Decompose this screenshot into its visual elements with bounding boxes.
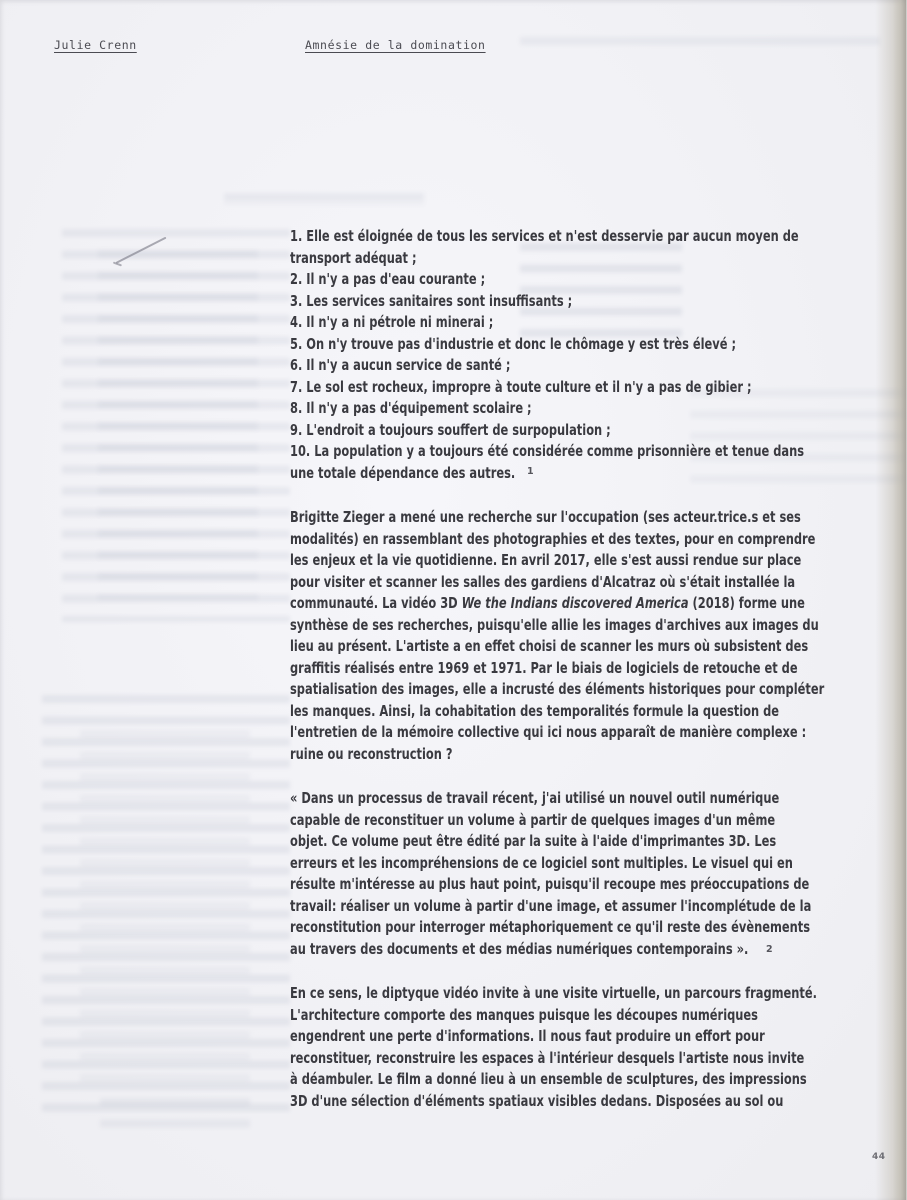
footnote-marker-1: 1 xyxy=(527,466,534,477)
footnote-marker-2: 2 xyxy=(766,944,773,955)
running-header-author: Julie Crenn xyxy=(54,38,137,52)
bleed-through-bottom xyxy=(100,1098,250,1128)
bleed-through-lower-left xyxy=(42,695,290,1123)
paragraph-line-with-video-title: communauté. La vidéo 3D We the Indians d… xyxy=(290,593,854,615)
bleed-through-heading xyxy=(224,193,424,204)
numbered-list-alcatraz-conditions: 1. Elle est éloignée de tous les service… xyxy=(290,226,854,484)
bleed-through-header xyxy=(520,37,880,47)
page-number: 44 xyxy=(872,1152,886,1162)
artist-quote-paragraph: « Dans un processus de travail récent, j… xyxy=(290,788,854,960)
body-text-column: 1. Elle est éloignée de tous les service… xyxy=(290,226,854,1135)
video-title-suffix: (2018) forme une xyxy=(689,594,805,612)
paragraph-brigitte-zieger-part2: synthèse de ses recherches, puisqu'elle … xyxy=(290,615,854,766)
bleed-through-upper-left xyxy=(62,229,290,622)
pencil-scratch-mark xyxy=(116,237,167,264)
scanned-book-page: Julie Crenn Amnésie de la domination 1. … xyxy=(0,0,907,1200)
video-title-prefix: communauté. La vidéo 3D xyxy=(290,594,462,612)
running-header-title: Amnésie de la domination xyxy=(305,38,486,52)
video-title-italic: We the Indians discovered America xyxy=(462,594,689,612)
paragraph-brigitte-zieger-part1: Brigitte Zieger a mené une recherche sur… xyxy=(290,507,854,593)
paragraph-brigitte-zieger: Brigitte Zieger a mené une recherche sur… xyxy=(290,507,854,765)
closing-paragraph: En ce sens, le diptyque vidéo invite à u… xyxy=(290,983,854,1112)
pencil-scratch-tick xyxy=(113,262,122,267)
bleed-through-lower-left-overlay xyxy=(80,730,250,1090)
page-edge-shadow xyxy=(893,0,907,1200)
bleed-through-upper-left-overlay xyxy=(98,250,258,600)
